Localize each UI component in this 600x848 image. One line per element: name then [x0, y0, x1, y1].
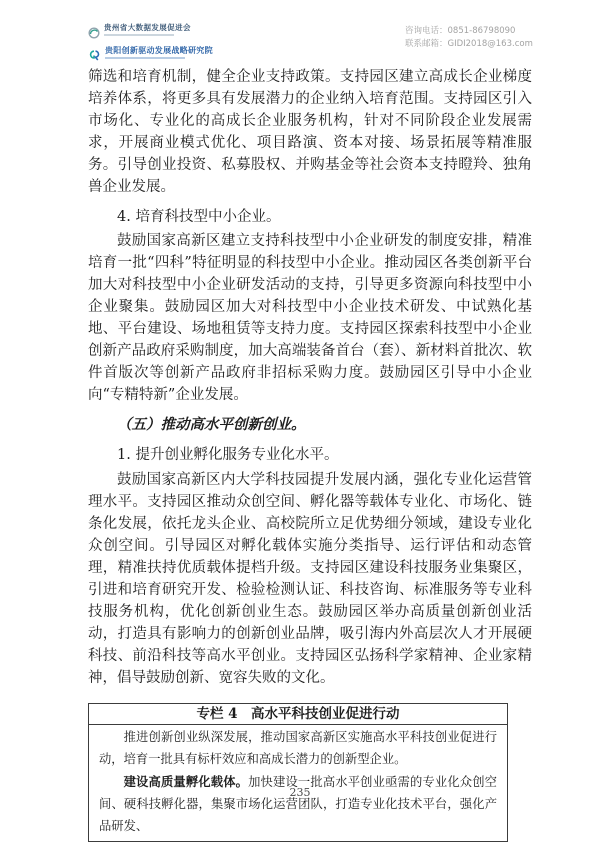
- association-emblem-icon: [88, 24, 100, 43]
- heading-item-1: 1. 提升创业孵化服务专业化水平。: [88, 444, 532, 466]
- logo1-english-caption: [104, 34, 174, 36]
- heading-section-5: （五）推动高水平创新创业。: [88, 414, 532, 436]
- document-page: 贵州省大数据发展促进会 贵阳创新驱动发展战略研究院 咨询电话：0851-8679…: [0, 0, 600, 848]
- paragraph-tech-smes: 鼓励国家高新区建立支持科技型中小企业研发的制度安排，精准培育一批“四科”特征明显…: [88, 230, 532, 406]
- logo1: 贵州省大数据发展促进会: [88, 24, 213, 43]
- document-body: 筛选和培育机制，健全企业支持政策。支持园区建立高成长企业梯度培养体系，将更多具有…: [88, 66, 532, 842]
- contact-phone: 咨询电话：0851-86798090: [405, 25, 533, 38]
- column-box-title: 专栏 4 高水平科技创业促进行动: [89, 704, 507, 725]
- logo2: 贵阳创新驱动发展战略研究院: [88, 46, 213, 65]
- logo1-name: 贵州省大数据发展促进会: [104, 24, 191, 32]
- column-box-4: 专栏 4 高水平科技创业促进行动 推进创新创业纵深发展，推动国家高新区实施高水平…: [88, 703, 508, 842]
- box-paragraph-2: 建设高质量孵化载体。加快建设一批高水平创业亟需的专业化众创空间、硬科技孵化器，集…: [99, 771, 497, 838]
- header-contact: 咨询电话：0851-86798090 联系邮箱：GIDI2018@163.com: [405, 25, 533, 51]
- institute-emblem-icon: [88, 46, 101, 65]
- box-paragraph-1: 推进创新创业纵深发展，推动国家高新区实施高水平科技创业促进行动，培育一批具有标杆…: [99, 726, 497, 771]
- logo2-name: 贵阳创新驱动发展战略研究院: [105, 46, 213, 55]
- page-number: 235: [0, 786, 600, 799]
- contact-email: 联系邮箱：GIDI2018@163.com: [405, 38, 533, 51]
- header-logos: 贵州省大数据发展促进会 贵阳创新驱动发展战略研究院: [88, 24, 213, 65]
- logo2-english-caption: [105, 57, 185, 59]
- paragraph-continuation: 筛选和培育机制，健全企业支持政策。支持园区建立高成长企业梯度培养体系，将更多具有…: [88, 66, 532, 198]
- column-box-body: 推进创新创业纵深发展，推动国家高新区实施高水平科技创业促进行动，培育一批具有标杆…: [89, 725, 507, 841]
- heading-item-4: 4. 培育科技型中小企业。: [88, 206, 532, 228]
- paragraph-incubation: 鼓励国家高新区内大学科技园提升发展内涵，强化专业化运营管理水平。支持园区推动众创…: [88, 469, 532, 689]
